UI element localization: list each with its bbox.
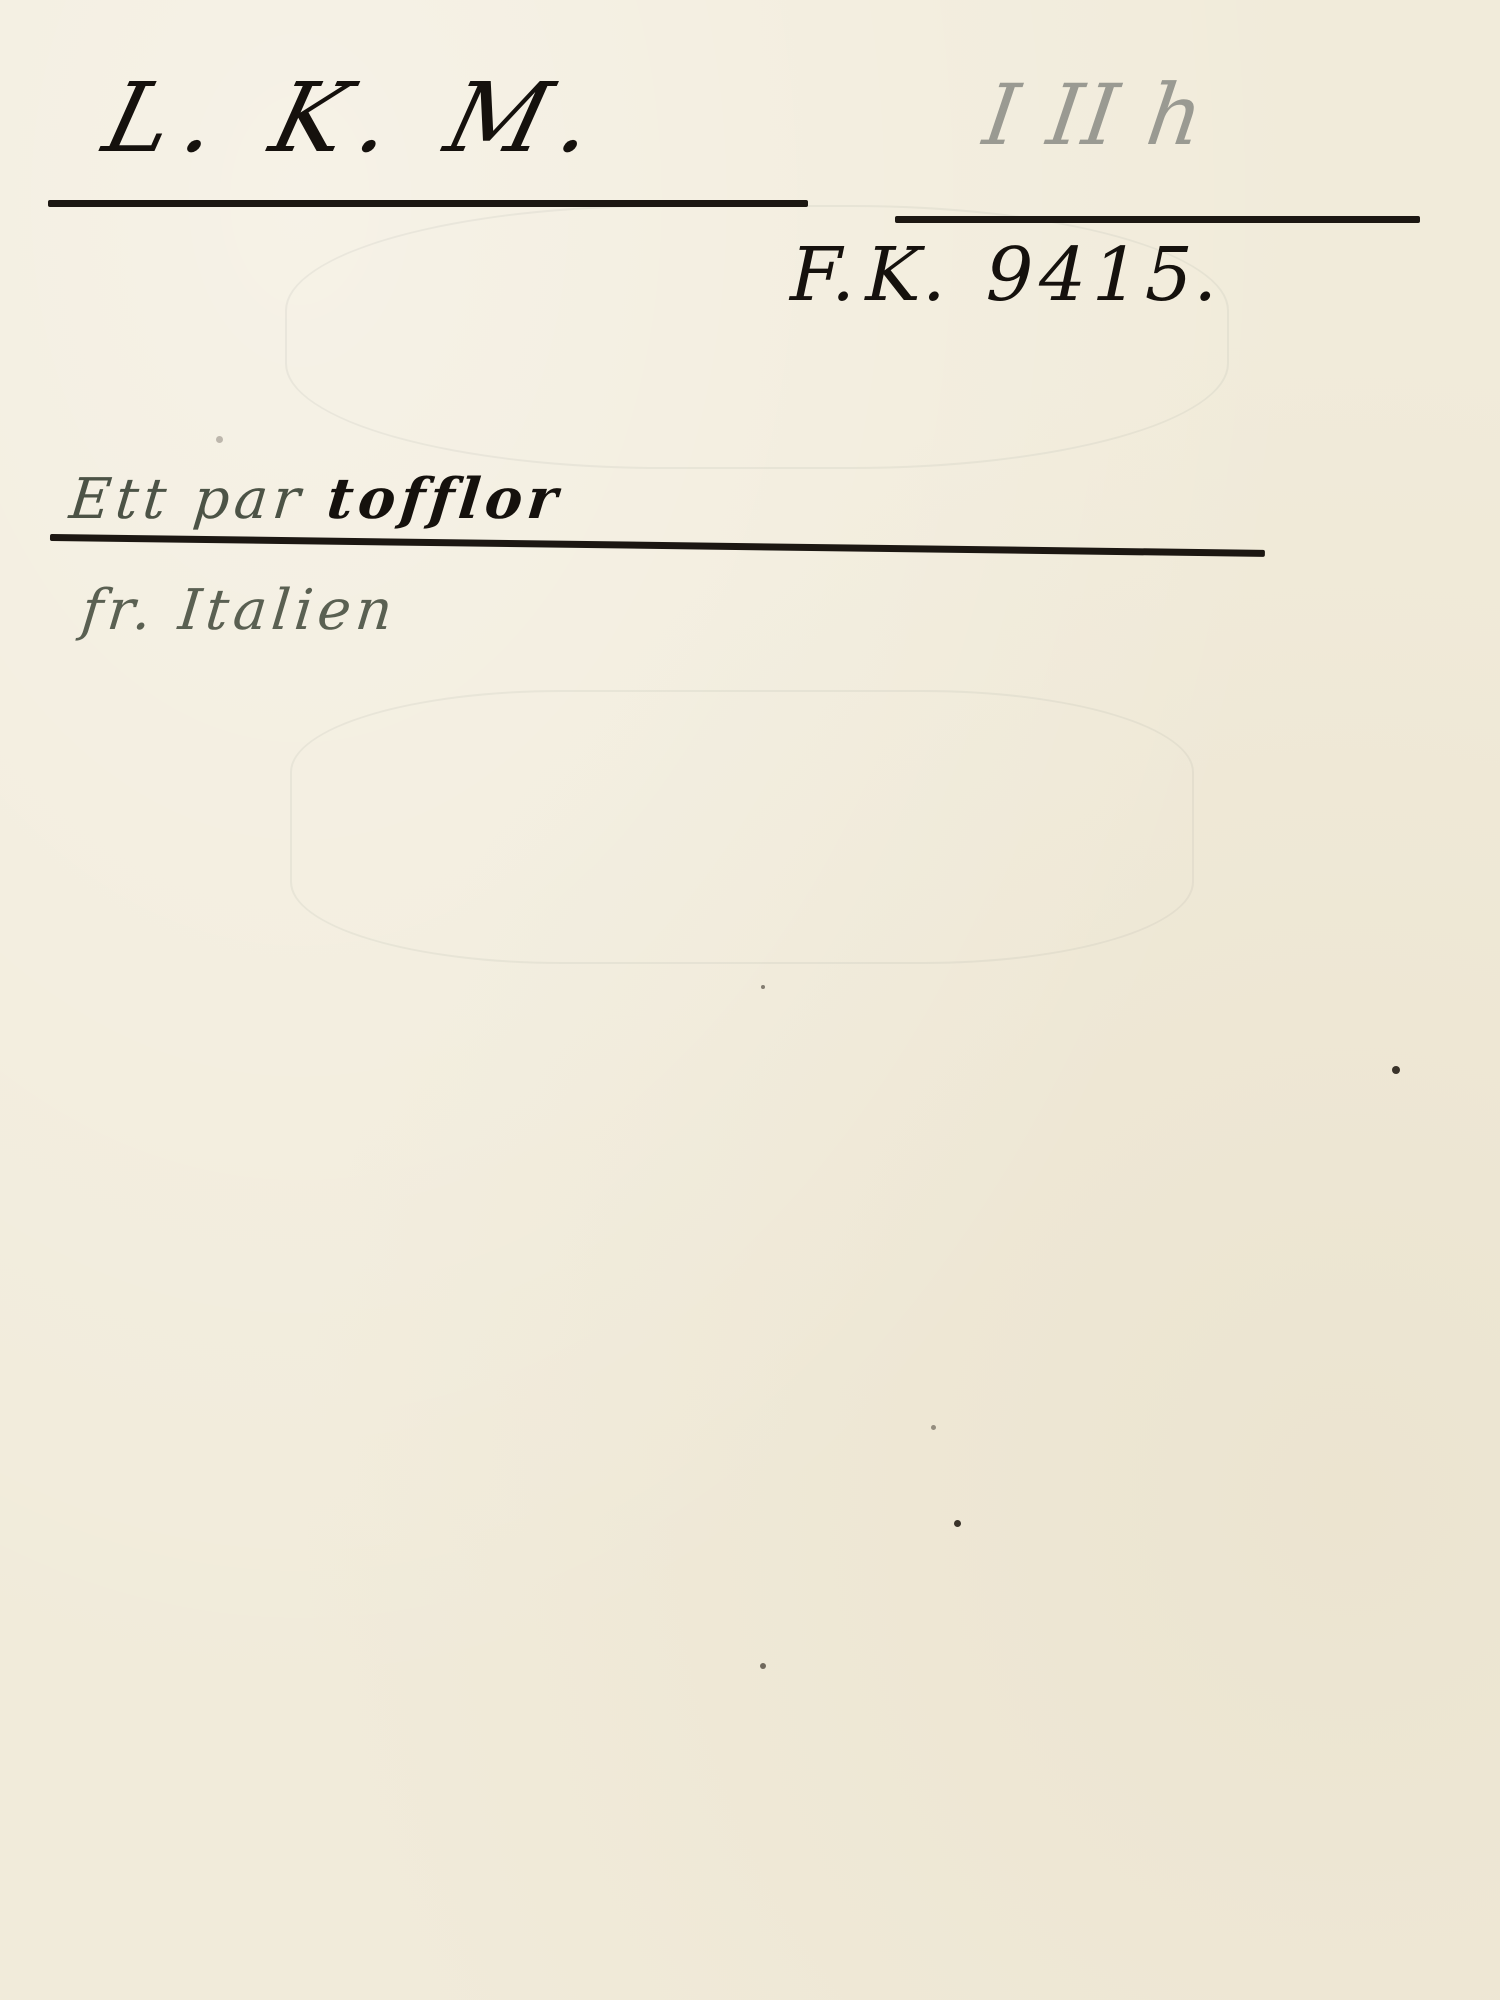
paper-speck <box>216 436 223 443</box>
paper-speck <box>760 1663 766 1669</box>
paper-speck <box>1392 1066 1400 1074</box>
paper-speck <box>761 985 765 989</box>
top-right-rule <box>895 216 1420 223</box>
object-description: Ett par tofflor <box>67 466 566 532</box>
bleed-through-outline <box>290 690 1194 964</box>
paper-speck <box>931 1425 936 1430</box>
description-word: tofflor <box>324 466 565 532</box>
top-left-rule <box>48 200 808 207</box>
description-rule <box>50 534 1265 557</box>
collection-mark: L. K. M. <box>94 62 620 174</box>
catalog-card: L. K. M. I II h F.K. 9415. Ett par toffl… <box>0 0 1500 2000</box>
description-word: par <box>190 467 308 532</box>
paper-speck <box>954 1520 961 1527</box>
catalog-number: F.K. 9415. <box>781 232 1237 318</box>
object-origin: fr. Italien <box>79 578 401 643</box>
description-word: Ett <box>67 467 175 532</box>
shelf-mark: I II h <box>978 66 1211 164</box>
